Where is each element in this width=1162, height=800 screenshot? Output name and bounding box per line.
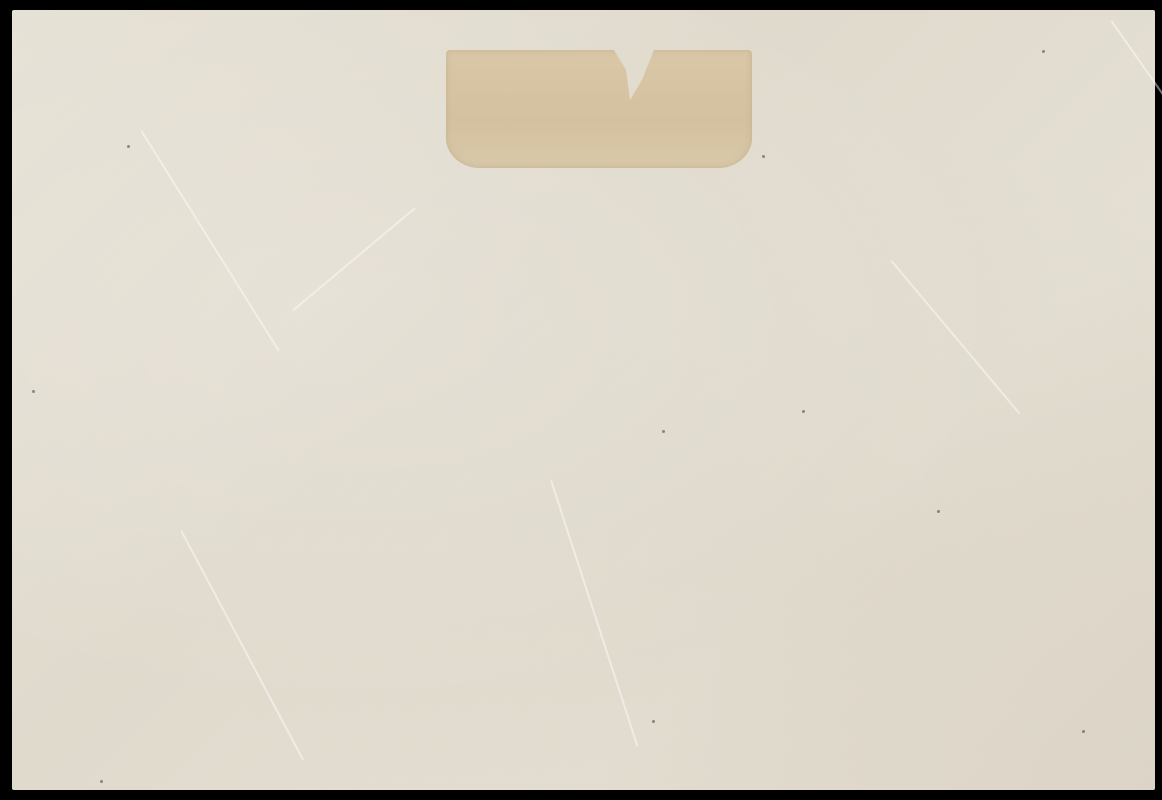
crease: [141, 130, 280, 351]
hinge-remnant: [446, 50, 752, 168]
speck: [127, 145, 130, 148]
crease: [891, 260, 1021, 414]
crease: [292, 207, 416, 311]
hinge-tear: [614, 50, 654, 100]
speck: [1082, 730, 1085, 733]
speck: [32, 390, 35, 393]
speck: [937, 510, 940, 513]
crease: [1111, 20, 1162, 119]
crease: [551, 480, 639, 747]
speck: [652, 720, 655, 723]
speck: [1042, 50, 1045, 53]
paper-back: Back of a cream-colored paper with a tan…: [12, 10, 1155, 790]
crease: [181, 530, 304, 760]
speck: [762, 155, 765, 158]
speck: [802, 410, 805, 413]
speck: [100, 780, 103, 783]
speck: [662, 430, 665, 433]
